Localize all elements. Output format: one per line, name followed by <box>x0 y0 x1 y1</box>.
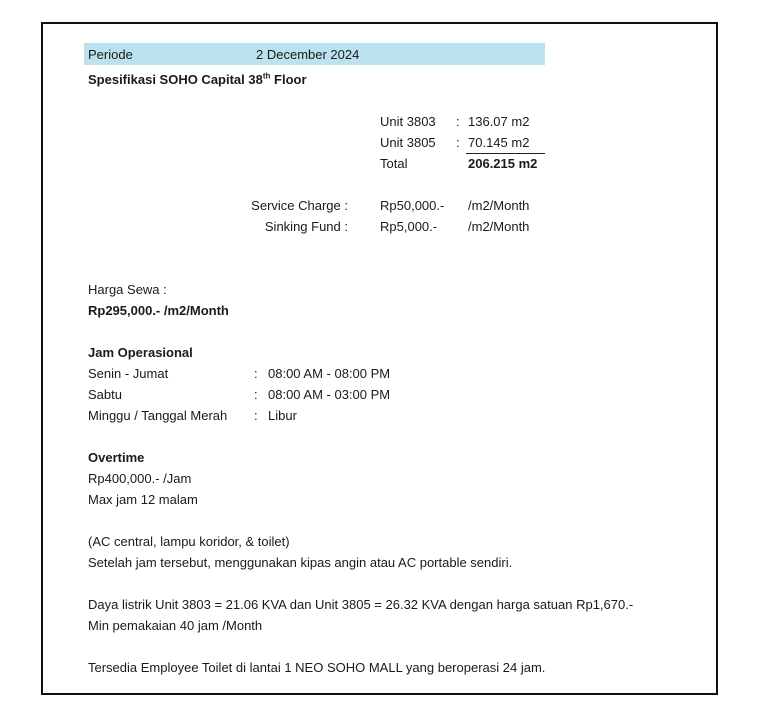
overtime-note-1: (AC central, lampu koridor, & toilet) <box>88 534 290 550</box>
sum-underline <box>466 153 545 154</box>
service-charge-label: Service Charge : <box>200 198 348 214</box>
hours-time-sunday: Libur <box>268 408 297 424</box>
unit-3803-value: 136.07 m2 <box>468 114 529 130</box>
overtime-title: Overtime <box>88 450 144 466</box>
overtime-rate: Rp400,000.- /Jam <box>88 471 191 487</box>
electricity-line-1: Daya listrik Unit 3803 = 21.06 KVA dan U… <box>88 597 633 613</box>
hours-day-saturday: Sabtu <box>88 387 122 403</box>
hours-sep-saturday: : <box>254 387 258 403</box>
service-charge-unit: /m2/Month <box>468 198 529 214</box>
total-label: Total <box>380 156 407 172</box>
period-value: 2 December 2024 <box>256 47 359 63</box>
hours-day-sunday: Minggu / Tanggal Merah <box>88 408 227 424</box>
hours-sep-sunday: : <box>254 408 258 424</box>
hours-sep-weekday: : <box>254 366 258 382</box>
period-label: Periode <box>88 47 133 63</box>
unit-3805-label: Unit 3805 <box>380 135 436 151</box>
overtime-max: Max jam 12 malam <box>88 492 198 508</box>
unit-3805-sep: : <box>456 135 460 151</box>
sinking-fund-amount: Rp5,000.- <box>380 219 437 235</box>
unit-3803-label: Unit 3803 <box>380 114 436 130</box>
spec-title: Spesifikasi SOHO Capital 38th Floor <box>88 72 307 88</box>
hours-title: Jam Operasional <box>88 345 193 361</box>
sinking-fund-unit: /m2/Month <box>468 219 529 235</box>
unit-3805-value: 70.145 m2 <box>468 135 529 151</box>
electricity-line-2: Min pemakaian 40 jam /Month <box>88 618 262 634</box>
service-charge-amount: Rp50,000.- <box>380 198 444 214</box>
rent-label: Harga Sewa : <box>88 282 167 298</box>
hours-time-saturday: 08:00 AM - 03:00 PM <box>268 387 390 403</box>
sinking-fund-label: Sinking Fund : <box>200 219 348 235</box>
toilet-note: Tersedia Employee Toilet di lantai 1 NEO… <box>88 660 545 676</box>
unit-3803-sep: : <box>456 114 460 130</box>
overtime-note-2: Setelah jam tersebut, menggunakan kipas … <box>88 555 512 571</box>
rent-value: Rp295,000.- /m2/Month <box>88 303 229 319</box>
hours-time-weekday: 08:00 AM - 08:00 PM <box>268 366 390 382</box>
total-value: 206.215 m2 <box>468 156 537 172</box>
hours-day-weekday: Senin - Jumat <box>88 366 168 382</box>
